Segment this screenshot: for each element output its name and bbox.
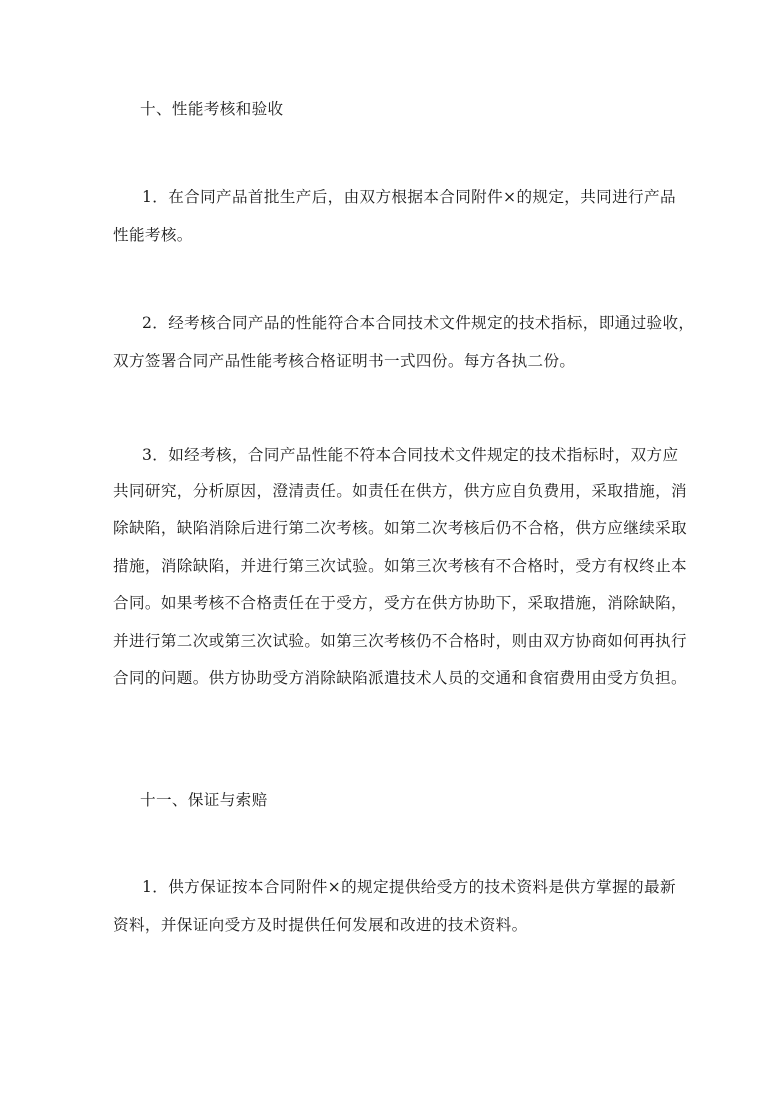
paragraph-line: 资料，并保证向受方及时提供任何发展和改进的技术资料。 [113, 915, 663, 935]
section-heading-10: 十、性能考核和验收 [140, 99, 690, 119]
paragraph-line: 措施，消除缺陷，并进行第三次试验。如第三次考核有不合格时，受方有权终止本 [113, 556, 663, 576]
paragraph-line: 并进行第二次或第三次试验。如第三次考核仍不合格时，则由双方协商如何再执行 [113, 631, 663, 651]
paragraph-line: 性能考核。 [113, 225, 663, 245]
paragraph-line: 双方签署合同产品性能考核合格证明书一式四份。每方各执二份。 [113, 351, 663, 371]
paragraph-line: 3．如经考核，合同产品性能不符本合同技术文件规定的技术指标时，双方应 [142, 445, 662, 465]
paragraph-line: 2．经考核合同产品的性能符合本合同技术文件规定的技术指标，即通过验收， [142, 313, 662, 333]
paragraph-line: 共同研究，分析原因，澄清责任。如责任在供方，供方应自负费用，采取措施，消 [113, 481, 663, 501]
paragraph-line: 合同的问题。供方协助受方消除缺陷派遣技术人员的交通和食宿费用由受方负担。 [113, 668, 663, 688]
paragraph-line: 合同。如果考核不合格责任在于受方，受方在供方协助下，采取措施，消除缺陷， [113, 593, 663, 613]
paragraph-line: 除缺陷，缺陷消除后进行第二次考核。如第二次考核后仍不合格，供方应继续采取 [113, 518, 663, 538]
section-heading-11: 十一、保证与索赔 [140, 790, 690, 810]
paragraph-line: 1．在合同产品首批生产后，由双方根据本合同附件×的规定，共同进行产品 [142, 187, 662, 207]
paragraph-line: 1．供方保证按本合同附件×的规定提供给受方的技术资料是供方掌握的最新 [142, 877, 662, 897]
